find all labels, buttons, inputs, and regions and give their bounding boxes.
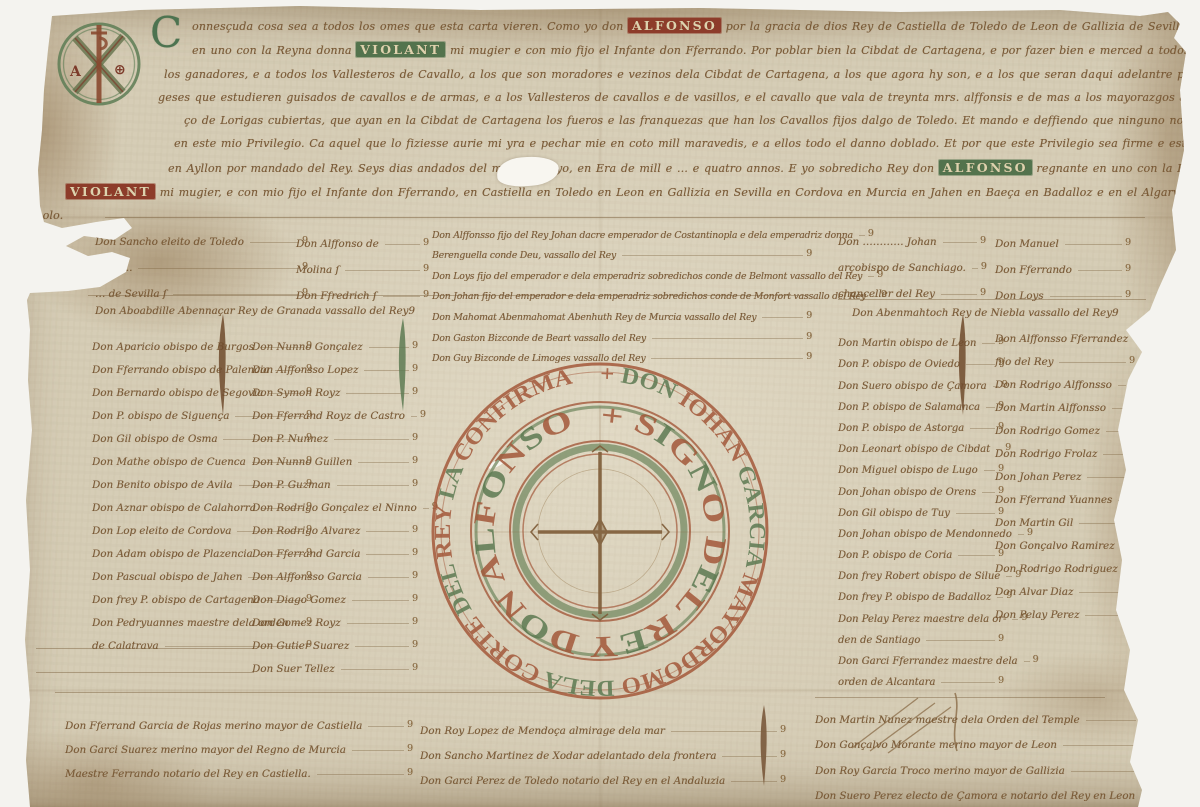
confirma-mark: 9 xyxy=(1125,289,1131,300)
parchment: A ⊕ C onnesçuda cosa sea a todos los ome… xyxy=(0,0,1200,807)
confirma-mark: 9 xyxy=(412,547,418,558)
confirma-mark: 9 xyxy=(1129,355,1135,366)
confirmant-name: Don Fferrando obispo de Palencia xyxy=(92,364,269,376)
confirmant-row: Don Miguel obispo de Lugo9 xyxy=(838,455,1006,476)
confirmant-name: Don Leonart obispo de Cibdat xyxy=(838,444,990,455)
ruled-line xyxy=(173,294,299,295)
confirma-mark: 9 xyxy=(407,719,413,730)
confirmant-name: Don Gomez Royz xyxy=(252,617,341,629)
confirmant-name: Don Symon Royz xyxy=(252,387,340,399)
confirmant-name: Don Johan obispo de Mendonnedo xyxy=(838,529,1012,540)
confirmant-name: Don Alvar Diaz xyxy=(995,586,1073,598)
bottom-officials-leon: Don Martin Nunez maestre dela Orden del … xyxy=(815,700,1147,802)
ruled-line xyxy=(358,462,409,463)
confirmant-row: Don Loys9 xyxy=(995,276,1133,302)
confirmant-row: Don Johan Perez9 xyxy=(995,460,1137,483)
official-name: Don Fferrand Garcia de Rojas merino mayo… xyxy=(65,720,362,732)
confirmant-row: Don P. obispo de Oviedo9 xyxy=(838,349,1006,370)
ruled-line xyxy=(982,343,995,344)
confirma-mark: 9 xyxy=(1139,764,1145,775)
official-name: Don Garci Suarez merino mayor del Regno … xyxy=(65,744,346,756)
ruled-line xyxy=(943,242,977,243)
confirmant-row: den de Santiago9 xyxy=(838,625,1006,646)
confirmant-row: Don Loys fijo del emperador e dela emper… xyxy=(432,261,814,282)
vassal-king-granada-row: Don Aboabdille Abennaçar Rey de Granada … xyxy=(95,300,813,317)
bottom-officials-castile: Don Fferrand Garcia de Rojas merino mayo… xyxy=(65,708,415,780)
confirmant-row: Don Sancho eleito de Toledo9 xyxy=(95,222,310,248)
charter-text-line: los ganadores, e a todos los Vallesteros… xyxy=(164,63,1178,86)
ruled-line xyxy=(671,731,777,732)
confirmant-name: Don Aboabdille Abennaçar Rey de Granada … xyxy=(95,305,408,317)
confirma-mark: 9 xyxy=(980,287,986,298)
charter-text-segment: ço de Lorigas cubiertas, que ayan en la … xyxy=(184,114,1200,127)
confirmant-row: Don Gaston Bizconde de Beart vassallo de… xyxy=(432,323,814,344)
confirmant-row: Don Manuel9 xyxy=(995,224,1133,250)
confirmant-row: Don Alffonsso fijo del Rey Johan dacre e… xyxy=(432,220,814,241)
confirma-mark: 9 xyxy=(980,235,986,246)
ruled-line xyxy=(622,255,803,256)
confirmant-name: Don Rodrigo Rodriguez xyxy=(995,563,1118,575)
confirmant-row: Don Ffredrich ſ9 xyxy=(296,276,431,302)
ruled-line xyxy=(352,600,409,601)
ruled-line xyxy=(250,242,299,243)
confirmant-row: Don frey P. obispo de Badalloz9 xyxy=(838,582,1006,603)
ruled-line xyxy=(36,648,254,649)
charter-text-segment: por la gracia de dios Rey de Castiella d… xyxy=(721,20,1200,33)
confirma-mark: 9 xyxy=(998,633,1004,644)
confirma-mark: 9 xyxy=(412,340,418,351)
confirmant-name: Don Johan obispo de Orens xyxy=(838,487,976,498)
ruled-line xyxy=(352,750,404,751)
confirmant-name: fijo del Rey xyxy=(995,356,1053,368)
official-row: Don Garci Suarez merino mayor del Regno … xyxy=(65,732,415,756)
confirmant-row: Don Fferrand Garcia9 xyxy=(252,537,420,560)
confirmant-name: orden de Alcantara xyxy=(838,677,935,688)
confirmant-row: Don Johan obispo de Orens9 xyxy=(838,476,1006,497)
confirma-mark: 9 xyxy=(1133,562,1139,573)
official-name: Maestre Ferrando notario del Rey en Cast… xyxy=(65,768,311,780)
confirmant-row: Don Martin obispo de Leon9 xyxy=(838,328,1006,349)
confirmant-name: Don Fferrando xyxy=(995,264,1072,276)
confirmant-name: Don Alffonsso Fferrandez xyxy=(995,333,1128,345)
confirmant-name: Don Rodrigo Frolaz xyxy=(995,448,1097,460)
ruled-line xyxy=(1079,592,1126,593)
confirmant-row: orden de Alcantara9 xyxy=(838,667,1006,688)
confirma-mark: 9 xyxy=(998,675,1004,686)
ruled-line xyxy=(385,244,420,245)
bottom-officials-frontier: Don Roy Lopez de Mendoça almirage dela m… xyxy=(420,712,788,787)
confirmant-row: Don Alvar Diaz9 xyxy=(995,575,1137,598)
official-row: Don Roy Lopez de Mendoça almirage dela m… xyxy=(420,712,788,737)
omega-glyph: ⊕ xyxy=(114,62,126,78)
confirmant-row: Don P. Nunnez9 xyxy=(252,422,420,445)
ruled-line xyxy=(970,428,995,429)
confirma-mark: 9 xyxy=(1129,470,1135,481)
confirmant-name: Don Johan Perez xyxy=(995,471,1081,483)
confirmant-name: Don Gaston Bizconde de Beart vassallo de… xyxy=(432,333,646,344)
confirma-mark: 9 xyxy=(423,289,429,300)
confirmant-name: Don Pelay Perez maestre dela or- xyxy=(838,614,1006,625)
confirmant-name: Don Gonçalvo Ramirez xyxy=(995,540,1115,552)
confirmant-name: Don Gil obispo de Tuy xyxy=(838,508,950,519)
confirmant-name: Don Mathe obispo de Cuenca xyxy=(92,456,246,468)
ruled-line xyxy=(1134,339,1140,340)
confirmant-row: Don Rodrigo Alffonsso9 xyxy=(995,368,1137,391)
ruled-line xyxy=(1103,454,1126,455)
confirmant-name: Don Rodrigo Alffonsso xyxy=(995,379,1112,391)
confirmant-row: Don Gomez Royz9 xyxy=(252,606,420,629)
confirma-mark: 9 xyxy=(780,724,786,735)
charter-document: A ⊕ C onnesçuda cosa sea a todos los ome… xyxy=(0,0,1200,807)
confirma-mark: 9 xyxy=(1139,713,1145,724)
confirma-mark: 9 xyxy=(412,524,418,535)
confirma-mark: 9 xyxy=(1143,332,1149,343)
confirmant-name: Don Bernardo obispo de Segovia xyxy=(92,387,263,399)
official-row: Don Suero Perez electo de Çamora e notar… xyxy=(815,777,1147,803)
confirmant-name: Don P. obispo de Coria xyxy=(838,550,952,561)
confirma-mark: 9 xyxy=(1125,263,1131,274)
confirma-mark: 9 xyxy=(1033,654,1039,665)
confirma-mark: 9 xyxy=(1129,447,1135,458)
confirmant-name: Don Lop eleito de Cordova xyxy=(92,525,231,537)
confirma-mark: 9 xyxy=(1129,608,1135,619)
ruled-line xyxy=(1050,296,1122,297)
confirma-mark: 9 xyxy=(423,263,429,274)
ruled-line xyxy=(347,623,409,624)
ruled-line xyxy=(986,407,995,408)
rota-seal: + DON IOHAN GARCIA MAYORDOMO DELA CORTE … xyxy=(425,356,775,710)
charter-text-segment: en este mio Privilegio. Ca aquel que lo … xyxy=(174,137,1200,150)
confirmant-name: Don Garci Fferrandez maestre dela xyxy=(838,656,1018,667)
confirmant-name: den de Santiago xyxy=(838,635,920,646)
official-row: Don Martin Nunez maestre dela Orden del … xyxy=(815,700,1147,726)
confirmant-name: Don Sancho eleito de Toledo xyxy=(95,236,244,248)
ruled-line xyxy=(926,640,995,641)
confirmant-row: Don Martin Gil9 xyxy=(995,506,1137,529)
confirmant-name: Don Suer Tellez xyxy=(252,663,335,675)
confirma-mark: 9 xyxy=(412,363,418,374)
charter-text-line: ço de Lorigas cubiertas, que ayan en la … xyxy=(184,109,1178,132)
ruled-line xyxy=(1106,431,1126,432)
ruled-line xyxy=(383,296,420,297)
confirma-mark: 9 xyxy=(1129,424,1135,435)
ruled-line xyxy=(1079,523,1126,524)
confirmant-row: Don Pelay Perez maestre dela or-9 xyxy=(838,603,1006,624)
charter-text-segment: geses que estudieren guisados de cavallo… xyxy=(158,91,1200,104)
official-row: Don Roy Garcia Troco merino mayor de Gal… xyxy=(815,751,1147,777)
confirmant-row: Berenguella conde Deu, vassallo del Rey9 xyxy=(432,241,814,262)
confirma-mark: 9 xyxy=(412,616,418,627)
ruled-line xyxy=(1086,720,1136,721)
confirmant-name: Don Fferrand Yuannes xyxy=(995,494,1112,506)
confirmant-name: Don Adam obispo de Plazencia xyxy=(92,548,253,560)
royal-name-highlight: ALFONSO xyxy=(628,18,721,33)
charter-text: onnesçuda cosa sea a todos los omes que … xyxy=(152,14,1178,228)
confirmant-name: … … … xyxy=(95,262,132,274)
confirmant-row: Don P. obispo de Salamanca9 xyxy=(838,392,1006,413)
column-santiago: Don ………… Johan9arçobispo de Sanchiago.9c… xyxy=(838,222,988,300)
ruled-line xyxy=(1063,745,1136,746)
confirma-mark: 9 xyxy=(407,743,413,754)
confirmant-row: … de Sevilla ſ9 xyxy=(95,274,310,300)
confirma-mark: 9 xyxy=(407,767,413,778)
confirmant-row: Don Rodrigo Frolaz9 xyxy=(995,437,1137,460)
confirmant-row: Don Gonçalvo Ramirez9 xyxy=(995,529,1137,552)
confirma-mark: 9 xyxy=(806,331,812,342)
confirmant-name: Don Aznar obispo de Calahorra xyxy=(92,502,256,514)
ruled-line xyxy=(317,774,404,775)
confirmant-row: Molina ſ9 xyxy=(296,250,431,276)
confirmant-name: … de Sevilla ſ xyxy=(95,288,167,300)
ruled-line xyxy=(762,317,803,318)
official-name: Don Martin Nunez maestre dela Orden del … xyxy=(815,714,1080,726)
confirmant-name: Don Alffonsso Garcia xyxy=(252,571,362,583)
confirmant-name: Don Alffonsso fijo del Rey Johan dacre e… xyxy=(432,230,853,241)
ruled-line xyxy=(345,270,420,271)
column-princes: Don Manuel9Don Fferrando9Don Loys9 xyxy=(995,224,1133,302)
confirmant-name: Don Rodrigo Gonçalez el Ninno xyxy=(252,502,417,514)
ruled-line xyxy=(355,646,409,647)
confirmant-row: Don Pelay Perez9 xyxy=(995,598,1137,621)
confirmant-row: Don Fferrando9 xyxy=(995,250,1133,276)
confirmant-name: Don Martin Alffonsso xyxy=(995,402,1106,414)
official-name: Don Sancho Martinez de Xodar adelantado … xyxy=(420,750,716,762)
ruled-line xyxy=(366,531,409,532)
confirma-mark: 9 xyxy=(1129,516,1135,527)
scribal-flourish-icon xyxy=(1140,315,1156,417)
charter-text-segment: onnesçuda cosa sea a todos los omes que … xyxy=(192,20,628,33)
charter-text-segment: regnante en uno con la Reyna donna xyxy=(1032,162,1200,175)
confirma-mark: 9 xyxy=(806,248,812,259)
confirmant-row: Don Gutier Suarez9 xyxy=(252,629,420,652)
confirma-mark: 9 xyxy=(1129,378,1135,389)
ruled-line xyxy=(956,513,995,514)
scribal-flourish-icon xyxy=(955,312,971,418)
confirma-mark: 9 xyxy=(412,432,418,443)
confirma-mark: 9 xyxy=(412,662,418,673)
confirmant-name: Don Abenmahtoch Rey de Niebla vassallo d… xyxy=(852,307,1112,319)
confirmant-row: Don Diago Gomez9 xyxy=(252,583,420,606)
confirma-mark: 9 xyxy=(780,774,786,785)
confirmant-name: Don Fferrand Royz de Castro xyxy=(252,410,405,422)
confirmant-name: Berenguella conde Deu, vassallo del Rey xyxy=(432,250,616,261)
ruled-line xyxy=(36,672,254,673)
confirmant-name: Don Diago Gomez xyxy=(252,594,346,606)
royal-name-highlight: VIOLANT xyxy=(356,42,445,57)
ruled-line xyxy=(1121,546,1127,547)
confirma-mark: 9 xyxy=(1129,585,1135,596)
ruled-line xyxy=(1078,270,1122,271)
official-name: Don Roy Garcia Troco merino mayor de Gal… xyxy=(815,765,1065,777)
official-row: Don Gonçalvo Morante merino mayor de Leo… xyxy=(815,726,1147,752)
confirmant-name: Don Pascual obispo de Jahen xyxy=(92,571,242,583)
confirmant-row: Don Rodrigo Alvarez9 xyxy=(252,514,420,537)
confirma-mark: 9 xyxy=(412,386,418,397)
confirmant-name: Don Manuel xyxy=(995,238,1059,250)
ruled-line xyxy=(105,217,1145,218)
official-row: Don Sancho Martinez de Xodar adelantado … xyxy=(420,737,788,762)
charter-text-segment: mi mugier, e con mio fijo el Infante don… xyxy=(155,186,1200,199)
ruled-line xyxy=(334,439,409,440)
ruled-line xyxy=(1124,569,1130,570)
confirmant-name: Don frey P. obispo de Cartagena xyxy=(92,594,260,606)
ruled-line xyxy=(731,781,777,782)
confirmant-row: Don Garci Fferrandez maestre dela9 xyxy=(838,646,1006,667)
ruled-line xyxy=(1024,661,1030,662)
ruled-line xyxy=(722,756,777,757)
royal-name-highlight: VIOLANT xyxy=(66,184,155,199)
ruled-line xyxy=(652,338,803,339)
column-toledo: Don Sancho eleito de Toledo9… … …9… de S… xyxy=(95,222,310,300)
ruled-line xyxy=(1118,500,1126,501)
official-row: Don Garci Perez de Toledo notario del Re… xyxy=(420,762,788,787)
confirma-mark: 9 xyxy=(412,455,418,466)
ruled-line xyxy=(958,555,995,556)
confirma-mark: 9 xyxy=(412,639,418,650)
confirma-mark: 9 xyxy=(1125,237,1131,248)
confirmant-row: Don P. Guzman9 xyxy=(252,468,420,491)
confirmant-row: Don Rodrigo Rodriguez9 xyxy=(995,552,1137,575)
ruled-line xyxy=(1071,771,1136,772)
confirma-mark: 9 xyxy=(780,749,786,760)
charter-text-line: geses que estudieren guisados de cavallo… xyxy=(158,86,1178,109)
ruled-line xyxy=(1141,796,1147,797)
confirmant-name: Don Benito obispo de Avila xyxy=(92,479,233,491)
ruled-line xyxy=(1065,244,1122,245)
ruled-line xyxy=(1059,362,1126,363)
confirmant-name: Don Gil obispo de Osma xyxy=(92,433,217,445)
scribal-flourish-icon xyxy=(395,316,411,414)
ruled-line xyxy=(341,669,409,670)
chi-rho-emblem-icon: A ⊕ xyxy=(56,18,142,114)
confirmant-name: Don P. obispo de Siguença xyxy=(92,410,229,422)
column-imperial-vassals: Don Alffonsso fijo del Rey Johan dacre e… xyxy=(432,220,814,364)
confirmant-row: Don Martin Alffonsso9 xyxy=(995,391,1137,414)
official-name: Don Garci Perez de Toledo notario del Re… xyxy=(420,775,725,787)
confirma-mark: 9 xyxy=(1129,493,1135,504)
confirmant-row: Don ………… Johan9 xyxy=(838,222,988,248)
charter-text-line: en este mio Privilegio. Ca aquel que lo … xyxy=(174,132,1178,155)
ruled-line xyxy=(368,577,409,578)
confirmant-row: Don Rodrigo Gomez9 xyxy=(995,414,1137,437)
confirmant-name: Don Rodrigo Alvarez xyxy=(252,525,360,537)
confirmant-name: Don ………… Johan xyxy=(838,236,937,248)
empty-ruled-lines xyxy=(36,625,254,673)
confirmant-row: Don P. obispo de Coria9 xyxy=(838,540,1006,561)
confirmant-name: chanceller del Rey xyxy=(838,288,935,300)
confirmant-name: Don P. Guzman xyxy=(252,479,331,491)
official-name: Don Suero Perez electo de Çamora e notar… xyxy=(815,790,1135,802)
confirmant-row: Don Gil obispo de Tuy9 xyxy=(838,498,1006,519)
confirmant-name: Don P. obispo de Astorga xyxy=(838,423,964,434)
charter-text-line: en Ayllon por mandado del Rey. Seys dias… xyxy=(168,156,1178,180)
alpha-glyph: A xyxy=(69,64,82,80)
ruled-line xyxy=(941,294,977,295)
confirmant-name: Don Martin Gil xyxy=(995,517,1073,529)
confirmant-name: Don Alffonsso Lopez xyxy=(252,364,358,376)
official-name: Don Gonçalvo Morante merino mayor de Leo… xyxy=(815,739,1057,751)
ruled-line xyxy=(982,492,995,493)
confirmant-row: Don Suer Tellez9 xyxy=(252,652,420,675)
confirmant-row: Don frey Robert obispo de Silue9 xyxy=(838,561,1006,582)
confirmant-name: Don Nunno Guillen xyxy=(252,456,352,468)
confirma-mark: 9 xyxy=(981,261,987,272)
confirma-mark: 9 xyxy=(423,237,429,248)
confirmant-name: Don frey Robert obispo de Silue xyxy=(838,571,1000,582)
confirmant-row: Don Alffonsso Garcia9 xyxy=(252,560,420,583)
confirmant-row: arçobispo de Sanchiago.9 xyxy=(838,248,988,274)
charter-text-segment: molo. xyxy=(32,209,63,222)
confirmant-name: Don Alffonso de xyxy=(296,238,379,250)
royal-name-highlight: ALFONSO xyxy=(939,160,1032,175)
confirmant-row: Don Rodrigo Gonçalez el Ninno9 xyxy=(252,491,420,514)
charter-text-line: VIOLANT mi mugier, e con mio fijo el Inf… xyxy=(66,180,1178,204)
ruled-line xyxy=(337,485,409,486)
official-row: Don Fferrand Garcia de Rojas merino mayo… xyxy=(65,708,415,732)
confirmant-name: Don Pelay Perez xyxy=(995,609,1079,621)
confirmant-name: Don Loys xyxy=(995,290,1044,302)
charter-text-segment: mi mugier e con mio fijo el Infante don … xyxy=(445,44,1200,57)
confirmant-name: Don Fferrand Garcia xyxy=(252,548,360,560)
confirmant-name: Don frey P. obispo de Badalloz xyxy=(838,592,991,603)
confirma-mark: 9 xyxy=(412,570,418,581)
confirmants-column-leon-magnates: Don Alffonsso Fferrandez9fijo del Rey9Do… xyxy=(995,322,1137,621)
confirmants-column-leon-bishops: Don Martin obispo de Leon9Don P. obispo … xyxy=(838,328,1006,688)
charter-text-line: en uno con la Reyna donna VIOLANT mi mug… xyxy=(152,38,1178,62)
confirma-mark: 9 xyxy=(412,478,418,489)
confirma-mark: 9 xyxy=(1112,307,1119,319)
confirma-mark: 9 xyxy=(1150,789,1156,800)
confirmant-name: Don Nunno Gonçalez xyxy=(252,341,363,353)
confirmant-name: Don Gutier Suarez xyxy=(252,640,349,652)
confirmant-row: Don P. obispo de Astorga9 xyxy=(838,413,1006,434)
confirmant-name: Don P. Nunnez xyxy=(252,433,328,445)
ruled-line xyxy=(411,416,417,417)
confirmant-row: chanceller del Rey9 xyxy=(838,274,988,300)
ruled-line xyxy=(972,268,978,269)
column-molina: Don Alffonso de9Molina ſ9Don Ffredrich ſ… xyxy=(296,224,431,302)
ruled-line xyxy=(1112,408,1126,409)
ruled-line xyxy=(1085,615,1126,616)
confirma-mark: 9 xyxy=(1129,401,1135,412)
ruled-line xyxy=(1118,385,1126,386)
charter-text-segment: en uno con la Reyna donna xyxy=(192,44,356,57)
confirmant-name: arçobispo de Sanchiago. xyxy=(838,262,966,274)
ruled-line xyxy=(984,470,995,471)
confirmant-row: Don Alffonso de9 xyxy=(296,224,431,250)
ruled-line xyxy=(1087,477,1126,478)
confirma-mark: 9 xyxy=(806,351,812,362)
ruled-line xyxy=(138,268,299,269)
scribal-flourish-icon xyxy=(215,312,231,418)
vassal-king-niebla-row: Don Abenmahtoch Rey de Niebla vassallo d… xyxy=(852,302,1144,319)
confirmant-row: Don Johan obispo de Mendonnedo9 xyxy=(838,519,1006,540)
confirma-mark: 9 xyxy=(1130,539,1136,550)
confirmant-name: Don Loys fijo del emperador e dela emper… xyxy=(432,271,862,282)
official-name: Don Roy Lopez de Mendoça almirage dela m… xyxy=(420,725,665,737)
confirmant-name: Molina ſ xyxy=(296,264,339,276)
ruled-line xyxy=(368,726,404,727)
confirmant-row: … … …9 xyxy=(95,248,310,274)
ruled-line xyxy=(366,554,409,555)
confirma-mark: 9 xyxy=(412,593,418,604)
confirmant-row: fijo del Rey9 xyxy=(995,345,1137,368)
confirmant-row: Don Alffonsso Fferrandez9 xyxy=(995,322,1137,345)
confirmant-row: Don Leonart obispo de Cibdat9 xyxy=(838,434,1006,455)
confirmant-name: Don Rodrigo Gomez xyxy=(995,425,1100,437)
confirmant-name: Don P. obispo de Oviedo xyxy=(838,359,960,370)
confirmant-row: Don Suero obispo de Çamora9 xyxy=(838,370,1006,391)
